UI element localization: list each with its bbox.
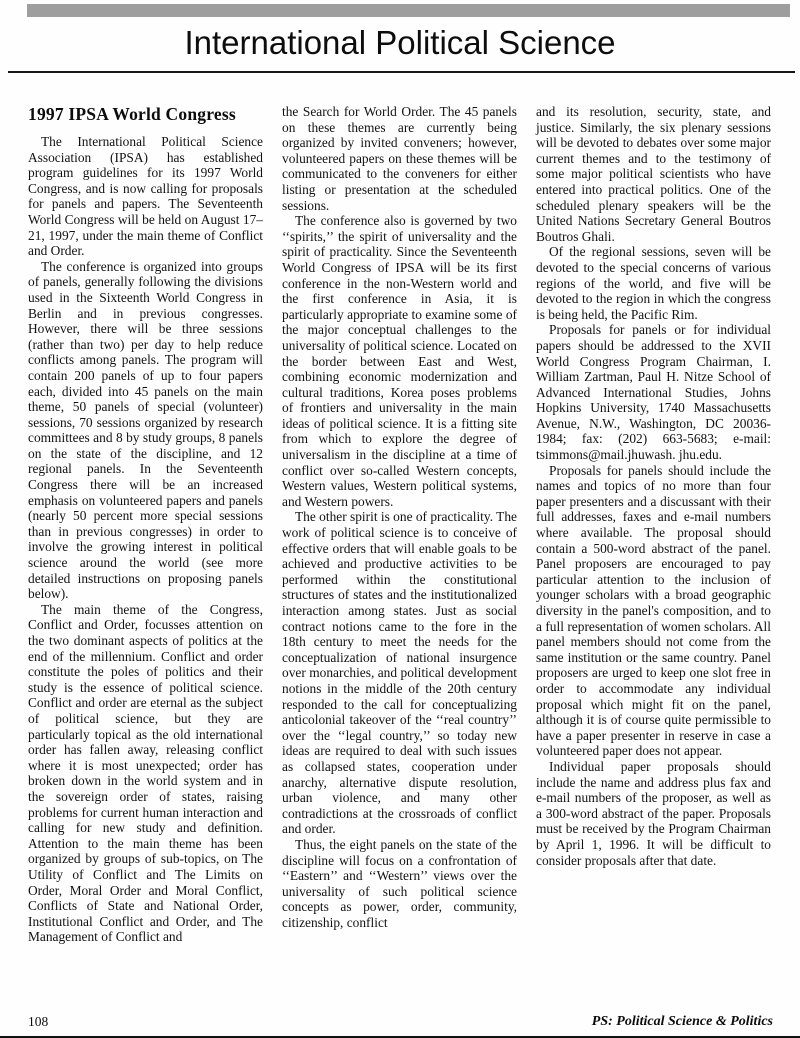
page-number: 108 <box>28 1014 48 1030</box>
article-columns: 1997 IPSA World Congress The Internation… <box>28 104 771 945</box>
column-3: and its resolution, security, state, and… <box>536 104 771 945</box>
title-divider-rule <box>8 71 795 73</box>
paragraph: The conference also is governed by two ‘… <box>282 213 517 509</box>
paragraph: Of the regional sessions, seven will be … <box>536 244 771 322</box>
paragraph: The International Political Science Asso… <box>28 134 263 259</box>
page-title: International Political Science <box>0 24 800 62</box>
paragraph-continuation: the Search for World Order. The 45 panel… <box>282 104 517 213</box>
paragraph: Individual paper proposals should includ… <box>536 759 771 868</box>
top-gray-bar <box>27 4 790 17</box>
paragraph-continuation: and its resolution, security, state, and… <box>536 104 771 244</box>
column-2: the Search for World Order. The 45 panel… <box>282 104 517 945</box>
paragraph: Proposals for panels or for individual p… <box>536 322 771 462</box>
article-heading: 1997 IPSA World Congress <box>28 104 263 125</box>
journal-page: International Political Science 1997 IPS… <box>0 0 800 1038</box>
paragraph: The conference is organized into groups … <box>28 259 263 602</box>
paragraph: The main theme of the Congress, Conflict… <box>28 602 263 945</box>
journal-name: PS: Political Science & Politics <box>592 1014 773 1030</box>
column-1: 1997 IPSA World Congress The Internation… <box>28 104 263 945</box>
paragraph: Thus, the eight panels on the state of t… <box>282 837 517 931</box>
paragraph: Proposals for panels should include the … <box>536 463 771 759</box>
paragraph: The other spirit is one of practicality.… <box>282 509 517 836</box>
